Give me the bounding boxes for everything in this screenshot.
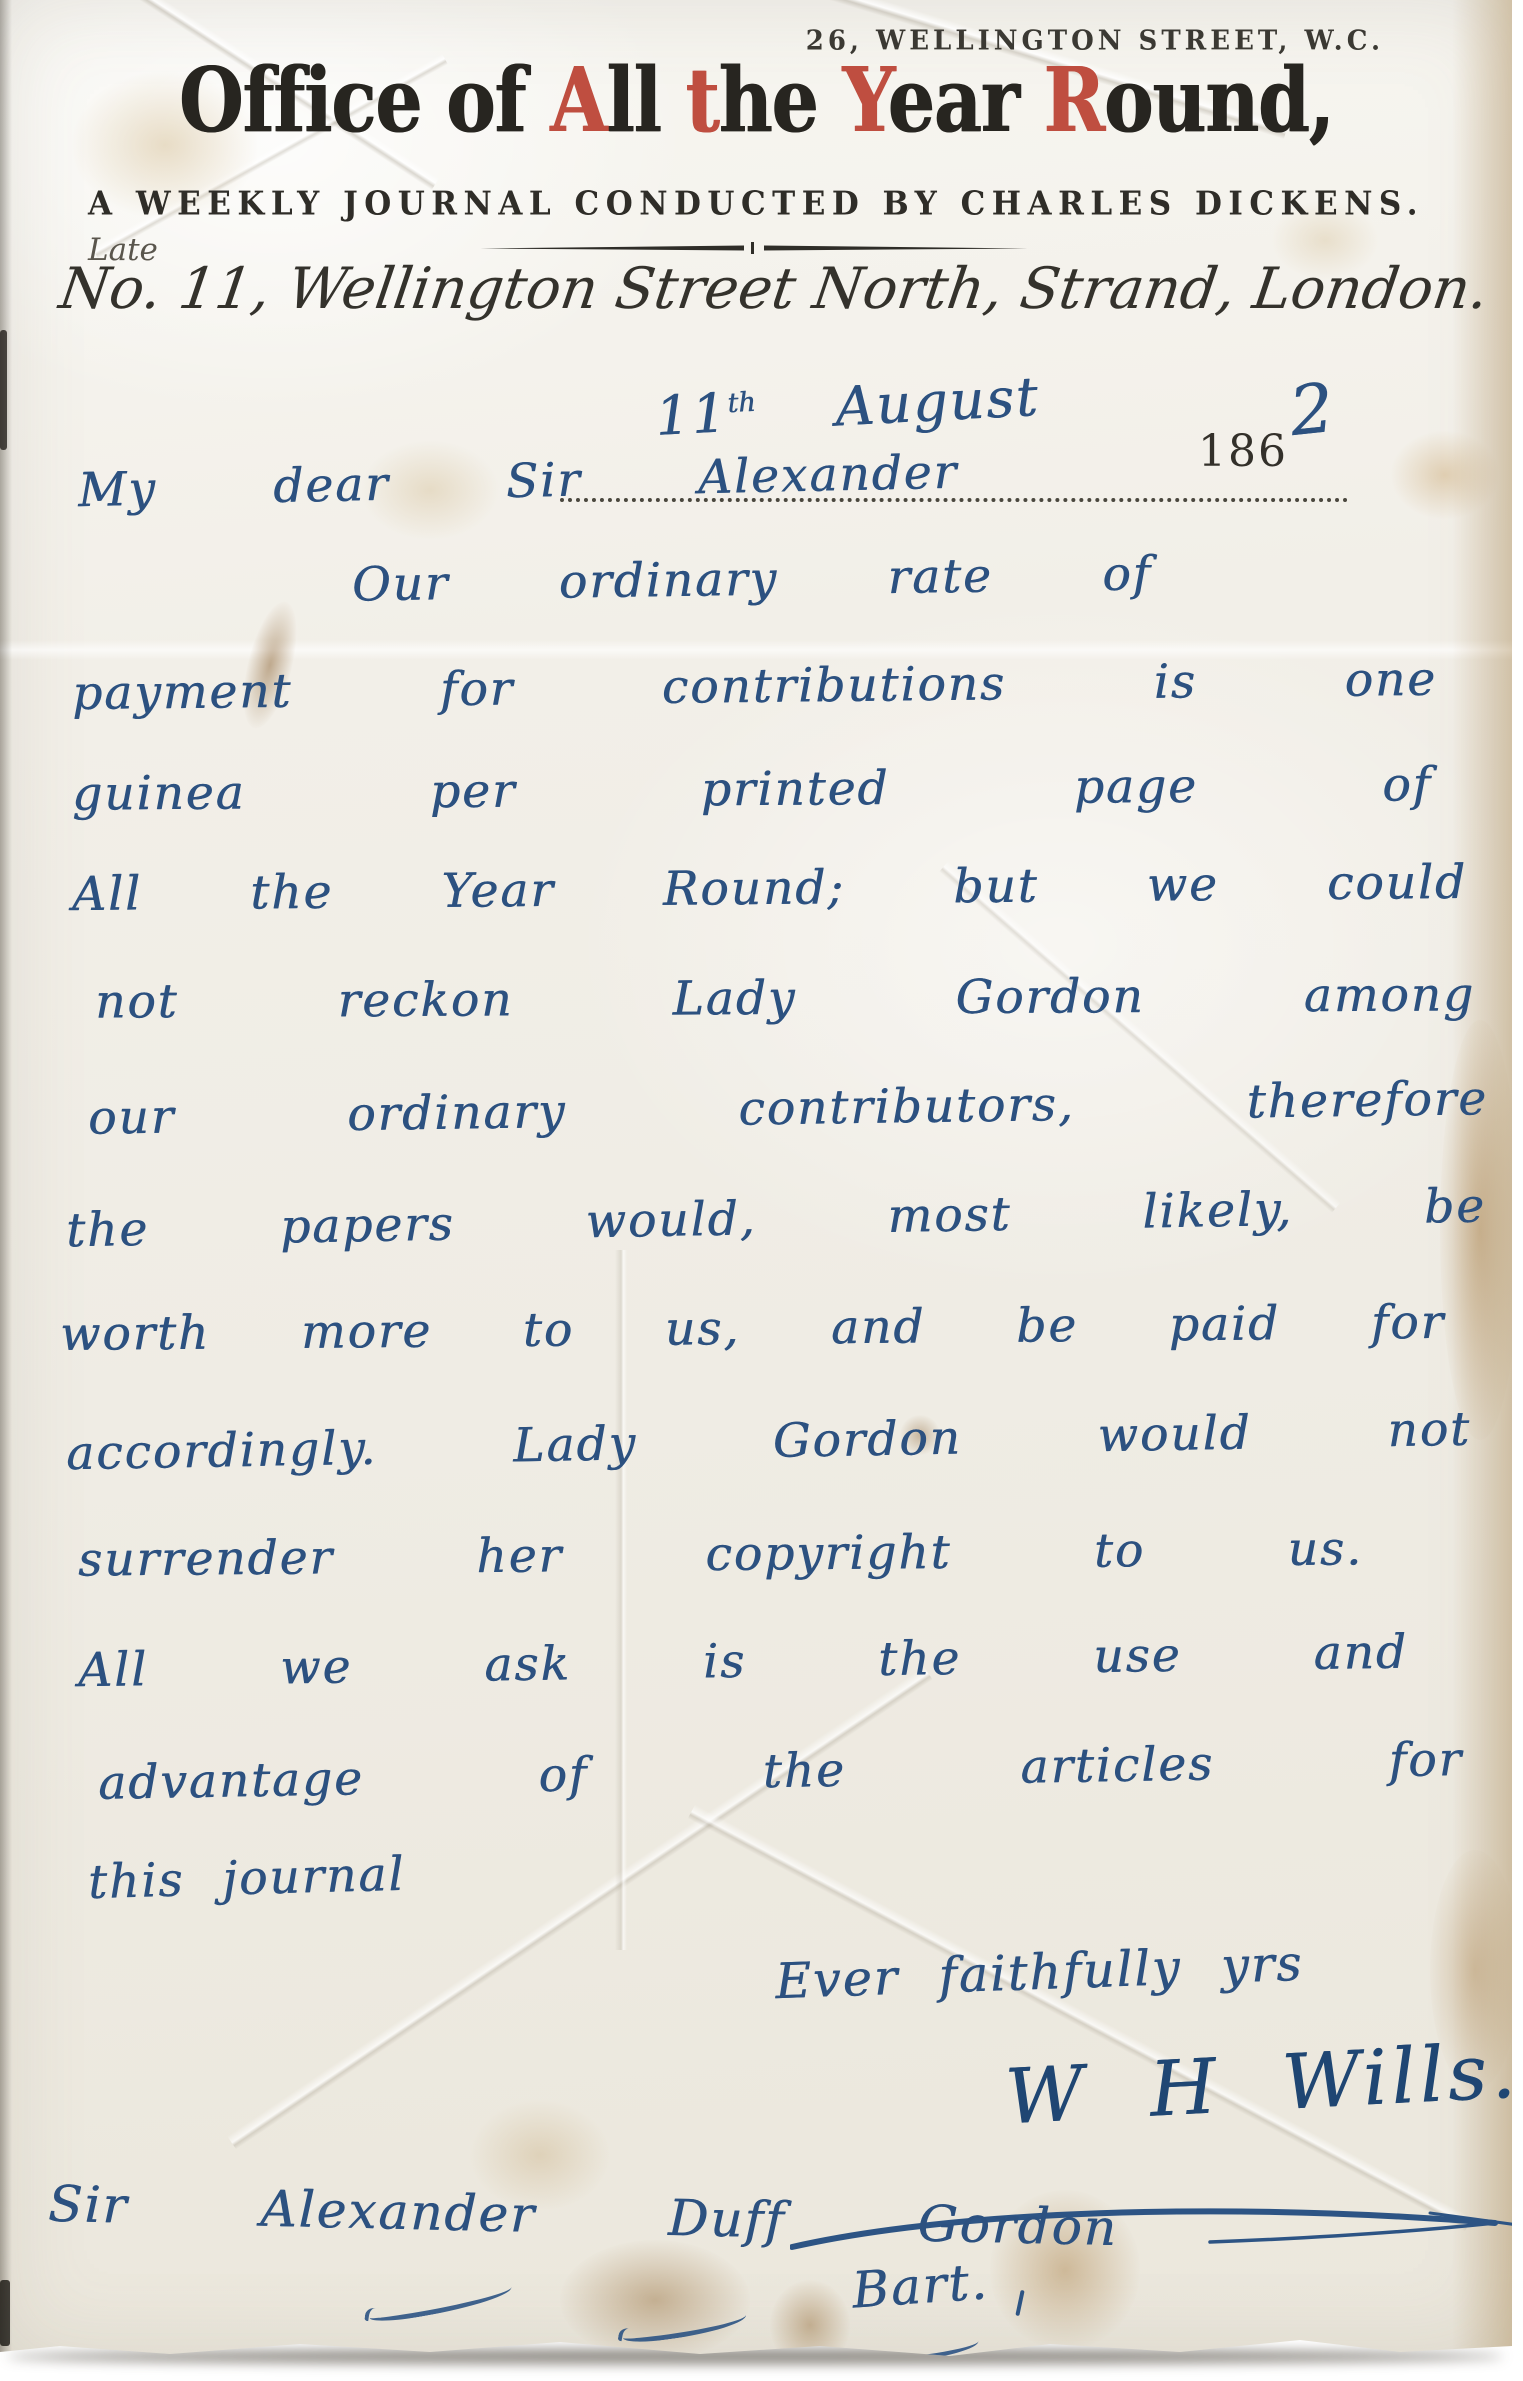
handwritten-line: Our ordinary rate of <box>352 547 1153 612</box>
scanned-letter: 26, WELLINGTON STREET, W.C. Office of Al… <box>0 0 1523 2381</box>
paper-bottom-shadow <box>6 2349 1504 2364</box>
handwritten-line: payment for contributions is one <box>72 653 1437 721</box>
salutation: My dear Sir Alexander <box>78 446 959 518</box>
handwritten-line: not reckon Lady Gordon among <box>95 968 1475 1029</box>
signature: W H Wills. <box>1003 2027 1521 2141</box>
letter-paper: 26, WELLINGTON STREET, W.C. Office of Al… <box>0 0 1512 2358</box>
paper-crease <box>688 1804 1473 2231</box>
date-day: 11 <box>654 381 730 448</box>
ink-flourish <box>621 2307 748 2345</box>
masthead-segment: ound, <box>1104 49 1333 152</box>
printed-year-prefix: 186 <box>1198 426 1288 477</box>
masthead-segment: A <box>550 49 606 152</box>
handwritten-line: this journal <box>87 1848 406 1910</box>
handwritten-line: advantage of the articles for <box>98 1733 1464 1811</box>
paper-edge-mark <box>0 2280 10 2346</box>
masthead-segment: ll <box>606 49 685 152</box>
masthead-segment: Y <box>842 49 887 152</box>
addressee-line: Sir Alexander Duff Gordon <box>47 2176 1118 2258</box>
paper-crease <box>227 1667 932 2150</box>
handwritten-line: guinea per printed page of <box>72 758 1432 822</box>
handwritten-line: the papers would, most likely, be <box>66 1180 1487 1259</box>
handwritten-line: surrender her copyright to us. <box>78 1522 1363 1587</box>
masthead-segment: R <box>1043 49 1104 152</box>
paper-edge-mark <box>0 330 7 450</box>
masthead-segment: Office of <box>179 49 550 152</box>
masthead-title: Office of All the Year Round, <box>0 49 1512 152</box>
handwritten-date: 11th August <box>654 366 1041 448</box>
date-month: August <box>833 365 1041 439</box>
script-address: No. 11, Wellington Street North, Strand,… <box>55 256 1472 322</box>
masthead-segment: ear <box>888 49 1044 152</box>
handwritten-line: worth more to us, and be paid for <box>60 1296 1445 1362</box>
masthead-segment: he <box>718 49 842 152</box>
masthead-segment: t <box>685 49 718 152</box>
date-day-suffix: th <box>727 387 757 419</box>
closing-line: Ever faithfully yrs <box>774 1936 1304 2011</box>
handwritten-line: All we ask is the use and <box>78 1626 1409 1699</box>
ink-flourish <box>1015 2290 1024 2316</box>
masthead-subtitle: A WEEKLY JOURNAL CONDUCTED BY CHARLES DI… <box>0 185 1512 223</box>
divider-rule <box>480 240 1028 256</box>
handwritten-year-digit: 2 <box>1286 370 1339 452</box>
handwritten-line: All the Year Round; but we could <box>72 856 1467 922</box>
paper-stain <box>560 2240 750 2360</box>
ink-flourish <box>367 2280 513 2326</box>
handwritten-line: accordingly. Lady Gordon would not <box>66 1403 1472 1482</box>
handwritten-line: our ordinary contributors, therefore <box>88 1072 1489 1146</box>
addressee-title: Bart. <box>850 2253 990 2320</box>
